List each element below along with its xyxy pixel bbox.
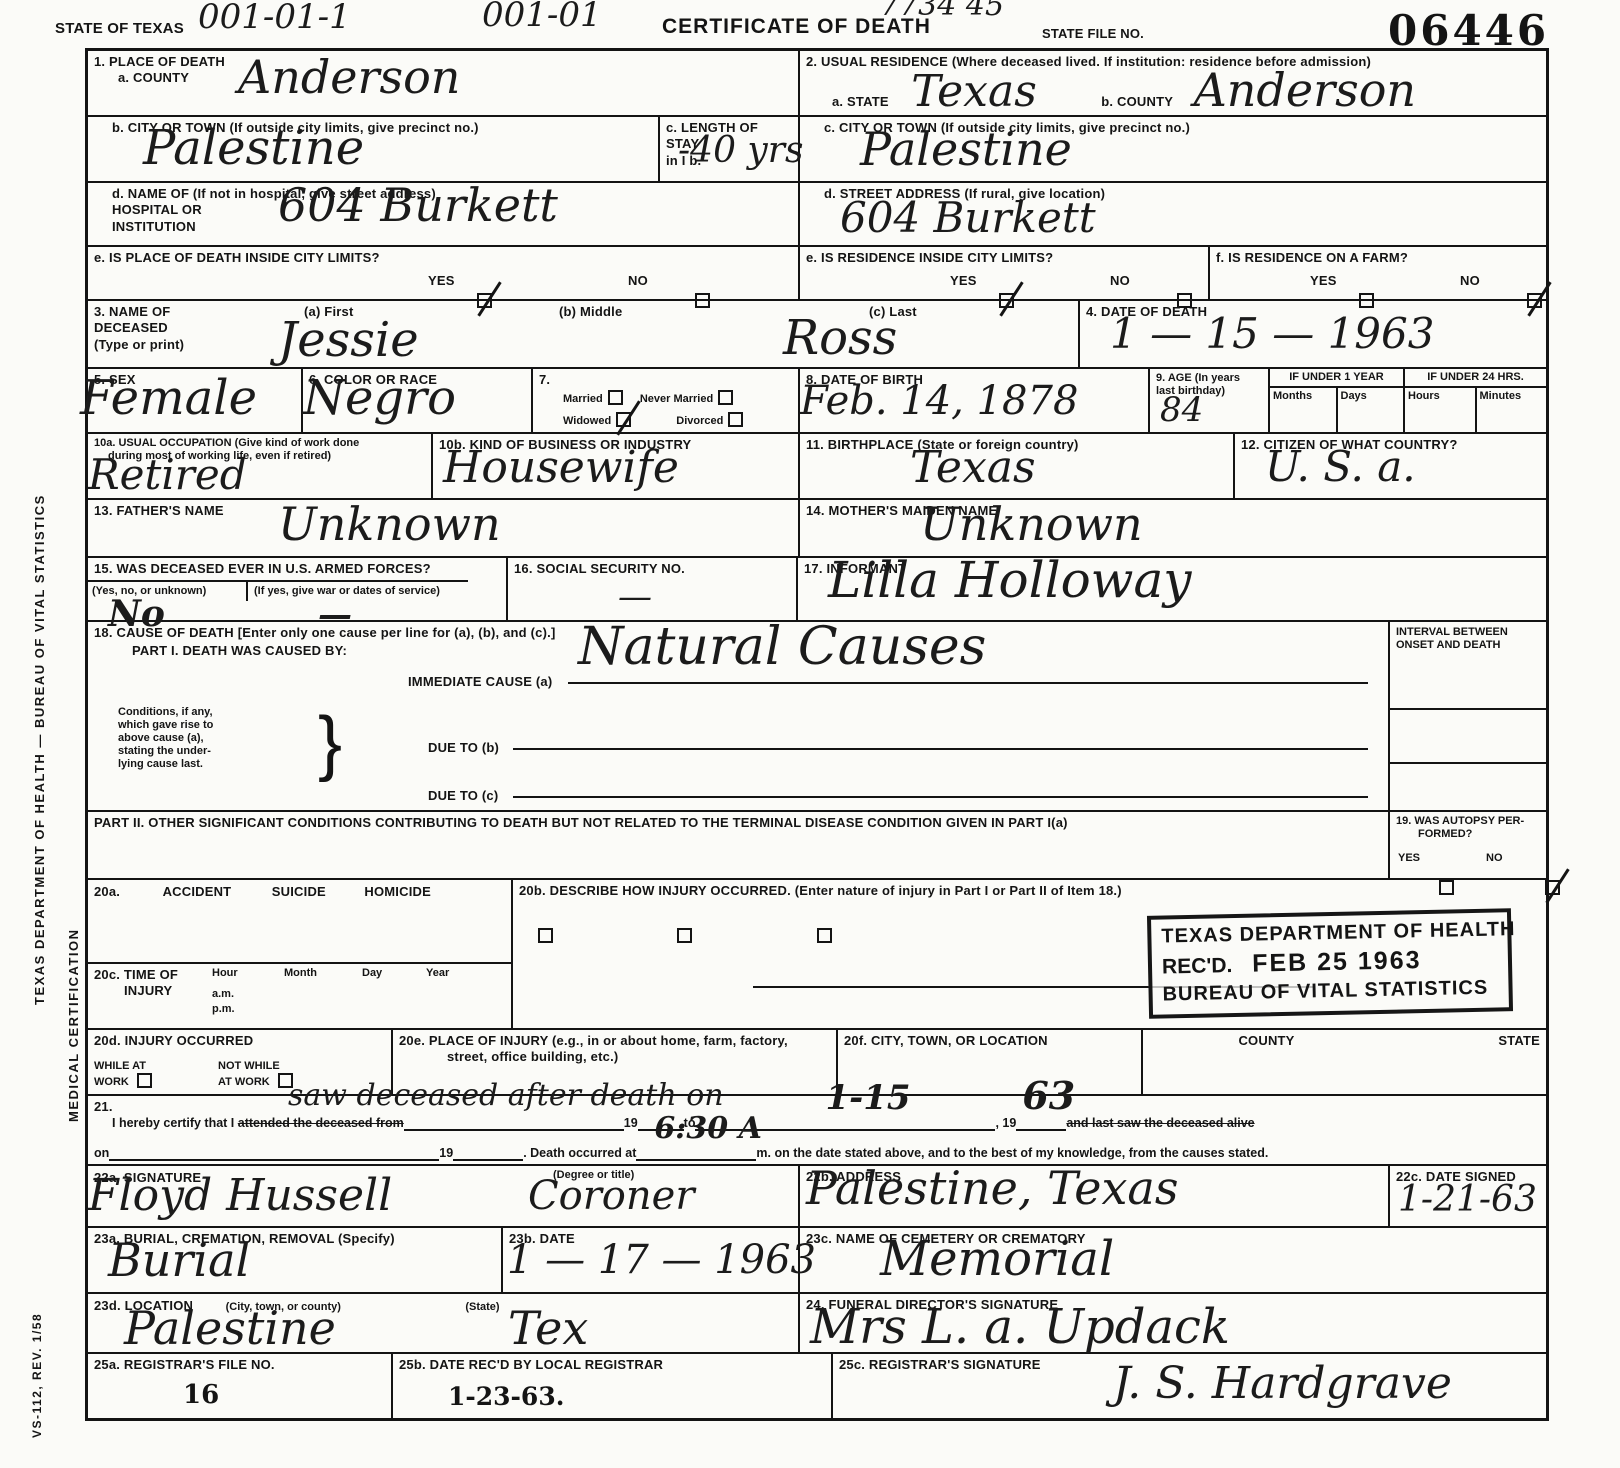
conditions-brace: } [318, 702, 342, 784]
registrar-date-value: 1-23-63. [448, 1382, 564, 1411]
accident-label: ACCIDENT [163, 884, 232, 899]
certify-year-handwriting: 63 [1022, 1079, 1075, 1113]
part2-label: PART II. OTHER SIGNIFICANT CONDITIONS CO… [94, 815, 1382, 831]
injury-city-label: 20f. CITY, TOWN, OR LOCATION [844, 1033, 1135, 1049]
field-place-of-death: 1. PLACE OF DEATH a. COUNTY Anderson [88, 51, 800, 115]
field-23d-location: 23d. LOCATION (City, town, or county) (S… [88, 1294, 800, 1352]
conditions-line-1: Conditions, if any, [118, 706, 248, 719]
res-limits-label: e. IS RESIDENCE INSIDE CITY LIMITS? [806, 250, 1202, 266]
field-if-under-24-hrs: IF UNDER 24 HRS. Hours Minutes [1405, 369, 1546, 432]
age-label-1: 9. AGE (In years [1156, 372, 1262, 385]
location-city-value: Palestine [124, 1308, 336, 1349]
pod-yes-label: YES [428, 273, 455, 289]
certify-handwriting: saw deceased after death on [288, 1082, 724, 1109]
pod-limits-label: e. IS PLACE OF DEATH INSIDE CITY LIMITS? [94, 250, 792, 266]
last-name-value: Ross [783, 317, 897, 360]
field-length-of-stay: c. LENGTH OF STAY in I b. -40 yrs [660, 117, 800, 181]
field-sex: 5. SEX Female [88, 369, 303, 432]
certify-19-a: 19 [624, 1116, 638, 1131]
certify-blank-6 [453, 1145, 523, 1161]
certify-19-b: 19 [439, 1146, 453, 1161]
residence-county-label: b. COUNTY [1101, 94, 1173, 109]
certify-blank-1 [404, 1115, 624, 1131]
due-to-b-label: DUE TO (b) [428, 740, 499, 756]
signature-value: Floyd Hussell [88, 1176, 392, 1216]
res-city-value: Palestine [860, 129, 1072, 170]
autopsy-label-1: 19. WAS AUTOPSY PER- [1396, 815, 1540, 828]
cemetery-value: Memorial [880, 1238, 1114, 1281]
res-no-label: NO [1110, 273, 1130, 289]
forces-value-2: — [318, 600, 352, 631]
time-label-1: 20c. TIME OF [94, 967, 212, 983]
received-stamp: TEXAS DEPARTMENT OF HEALTH REC'D. FEB 25… [1147, 908, 1513, 1019]
suicide-label: SUICIDE [272, 884, 326, 899]
marital-label: 7. [539, 372, 792, 388]
location-sub2: (State) [465, 1301, 499, 1313]
certify-text-1: I hereby certify that I [112, 1116, 234, 1131]
married-label: Married [563, 393, 603, 405]
months-label: Months [1270, 388, 1338, 432]
residence-county-value: Anderson [1194, 63, 1416, 117]
certify-death-at: Death occurred at [530, 1146, 636, 1161]
date-signed-value: 1-21-63 [1398, 1184, 1537, 1216]
field-22b-address: 22b. ADDRESS Palestine, Texas [800, 1166, 1390, 1226]
registrar-sig-value: J. S. Hardgrave [1113, 1364, 1452, 1404]
field-marital-status: 7. Married Never Married Widowed Divorce… [533, 369, 800, 432]
certificate-form: 1. PLACE OF DEATH a. COUNTY Anderson 2. … [85, 48, 1549, 1421]
not-while-label-2: AT WORK [218, 1076, 270, 1088]
field-mother-name: 14. MOTHER'S MAIDEN NAME Unknown [800, 500, 1546, 556]
field-interval: INTERVAL BETWEEN ONSET AND DEATH [1390, 622, 1546, 810]
checkbox-divorced [728, 412, 743, 427]
district-code-handwriting: 001-01-1 [198, 2, 351, 33]
field-occupation: 10a. USUAL OCCUPATION (Give kind of work… [88, 434, 433, 498]
occupation-label-1: 10a. USUAL OCCUPATION (Give kind of work… [94, 437, 425, 450]
name-label-1: 3. NAME OF [94, 304, 292, 320]
checkbox-while-at-work [137, 1073, 152, 1088]
name-label-2: DECEASED [94, 320, 292, 336]
field-23a-burial: 23a. BURIAL, CREMATION, REMOVAL (Specify… [88, 1228, 503, 1292]
field-usual-residence: 2. USUAL RESIDENCE (Where deceased lived… [800, 51, 1546, 115]
field-injury-county: COUNTY [1143, 1030, 1390, 1094]
interval-label-1: INTERVAL BETWEEN [1396, 626, 1540, 639]
certify-blank-5 [109, 1145, 439, 1161]
checkbox-widowed [616, 412, 631, 427]
sex-value: Female [80, 377, 257, 420]
homicide-label: HOMICIDE [364, 884, 431, 899]
autopsy-label-2: FORMED? [1418, 828, 1540, 841]
hours-label: Hours [1405, 388, 1477, 432]
street-value: 604 Burkett [840, 199, 1096, 237]
forces-label: 15. WAS DECEASED EVER IN U.S. ARMED FORC… [88, 558, 468, 582]
certify-text-3: m. on the date stated above, and to the … [756, 1146, 1268, 1161]
name-label-3: (Type or print) [94, 337, 292, 353]
field-20c-time-of-injury: 20c. TIME OF INJURY Hour a.m. p.m. Month… [88, 964, 511, 1028]
field-pod-city: b. CITY OR TOWN (If outside city limits,… [88, 117, 660, 181]
last-name-label: (c) Last [869, 304, 1072, 320]
field-last-name: (c) Last Ross [863, 301, 1080, 367]
birthplace-value: Texas [910, 448, 1036, 488]
label-20a: 20a. [94, 884, 120, 899]
under24-label: IF UNDER 24 HRS. [1405, 369, 1546, 388]
field-25b-date-recd: 25b. DATE REC'D BY LOCAL REGISTRAR 1-23-… [393, 1354, 833, 1418]
interval-divider-2 [1390, 762, 1546, 764]
field-23b-burial-date: 23b. DATE 1 — 17 — 1963 [503, 1228, 800, 1292]
sidebar-agency-text: TEXAS DEPARTMENT OF HEALTH — BUREAU OF V… [32, 494, 47, 1005]
field-cause-of-death: 18. CAUSE OF DEATH [Enter only one cause… [88, 622, 1390, 810]
field-22a-signature: 22a. SIGNATURE (Degree or title) Floyd H… [88, 1166, 800, 1226]
not-while-label-1: NOT WHILE [218, 1060, 280, 1072]
field-father-name: 13. FATHER'S NAME Unknown [88, 500, 800, 556]
ssn-label: 16. SOCIAL SECURITY NO. [514, 561, 790, 577]
days-label: Days [1338, 388, 1404, 432]
checkbox-autopsy-no [1545, 880, 1560, 895]
certify-comma-19: , 19 [995, 1116, 1016, 1131]
conditions-line-5: lying cause last. [118, 758, 248, 771]
injury-state-label: STATE [1396, 1033, 1540, 1049]
field-ssn: 16. SOCIAL SECURITY NO. — [508, 558, 798, 620]
industry-value: Housewife [443, 448, 679, 488]
age-value: 84 [1160, 395, 1203, 426]
due-to-c-line [513, 782, 1368, 798]
field-date-of-birth: 8. DATE OF BIRTH Feb. 14, 1878 [800, 369, 1150, 432]
due-to-b-line [513, 734, 1368, 750]
month-label: Month [284, 967, 362, 1017]
field-23c-cemetery: 23c. NAME OF CEMETERY OR CREMATORY Memor… [800, 1228, 1546, 1292]
first-name-value: Jessie [278, 319, 419, 362]
describe-injury-label: 20b. DESCRIBE HOW INJURY OCCURRED. (Ente… [519, 883, 1540, 899]
conditions-line-2: which gave rise to [118, 719, 248, 732]
year-label: Year [426, 967, 505, 1017]
degree-value: Coroner [528, 1178, 694, 1214]
injury-county-label: COUNTY [1149, 1033, 1384, 1049]
field-armed-forces: 15. WAS DECEASED EVER IN U.S. ARMED FORC… [88, 558, 508, 620]
field-res-city-limits: e. IS RESIDENCE INSIDE CITY LIMITS? YES … [800, 247, 1210, 299]
stamp-line3: BUREAU OF VITAL STATISTICS [1162, 976, 1498, 1006]
field-citizen: 12. CITIZEN OF WHAT COUNTRY? U. S. a. [1235, 434, 1546, 498]
top-handwritten-numbers: 7734 45 [880, 0, 1004, 19]
due-to-c-label: DUE TO (c) [428, 788, 498, 804]
while-at-work-label-2: WORK [94, 1076, 129, 1088]
field-24-funeral-director: 24. FUNERAL DIRECTOR'S SIGNATURE Mrs L. … [800, 1294, 1546, 1352]
conditions-line-3: above cause (a), [118, 732, 248, 745]
stay-value: -40 yrs [678, 135, 803, 167]
field-certification: 21. saw deceased after death on I hereby… [88, 1096, 1546, 1164]
pm-label: p.m. [212, 1003, 284, 1016]
certify-date-handwriting: 1-15 [825, 1083, 910, 1114]
field-25a-file-no: 25a. REGISTRAR'S FILE NO. 16 [88, 1354, 393, 1418]
field-date-of-death: 4. DATE OF DEATH 1 — 15 — 1963 [1080, 301, 1546, 367]
burial-date-value: 1 — 17 — 1963 [507, 1242, 816, 1278]
field-pod-city-limits: e. IS PLACE OF DEATH INSIDE CITY LIMITS?… [88, 247, 800, 299]
medical-certification-text: MEDICAL CERTIFICATION [66, 928, 81, 1122]
location-state-value: Tex [508, 1308, 588, 1349]
field-res-city: c. CITY OR TOWN (If outside city limits,… [800, 117, 1546, 181]
autopsy-no-label: NO [1486, 852, 1503, 865]
pod-no-label: NO [628, 273, 648, 289]
field-age: 9. AGE (In years last birthday) 84 [1150, 369, 1270, 432]
stamp-line1: TEXAS DEPARTMENT OF HEALTH [1161, 918, 1497, 948]
field-25c-registrar-signature: 25c. REGISTRAR'S SIGNATURE J. S. Hardgra… [833, 1354, 1546, 1418]
state-file-no-label: STATE FILE NO. [1042, 26, 1144, 42]
field-if-under-1-year: IF UNDER 1 YEAR Months Days [1270, 369, 1405, 432]
residence-state-value: Texas [911, 66, 1037, 117]
interval-label-2: ONSET AND DEATH [1396, 639, 1540, 652]
field-first-name: (a) First Jessie [298, 301, 553, 367]
dod-value: 1 — 15 — 1963 [1110, 315, 1434, 353]
widowed-label: Widowed [563, 415, 611, 427]
farm-no-label: NO [1460, 273, 1480, 289]
hospital-value: 604 Burkett [278, 185, 558, 226]
field-name-of-deceased: 3. NAME OF DECEASED (Type or print) [88, 301, 298, 367]
mother-label: 14. MOTHER'S MAIDEN NAME [806, 503, 1540, 519]
forces-value: No [108, 598, 165, 630]
field-race: 6. COLOR OR RACE Negro [303, 369, 533, 432]
form-number-text: VS-112, REV. 1/58 [30, 1313, 44, 1438]
field-birthplace: 11. BIRTHPLACE (State or foreign country… [800, 434, 1235, 498]
checkbox-never-married [718, 390, 733, 405]
res-yes-label: YES [950, 273, 977, 289]
death-certificate-scan: TEXAS DEPARTMENT OF HEALTH — BUREAU OF V… [0, 0, 1620, 1468]
farm-label: f. IS RESIDENCE ON A FARM? [1216, 250, 1540, 266]
field-res-farm: f. IS RESIDENCE ON A FARM? YES NO [1210, 247, 1546, 299]
never-married-label: Never Married [640, 393, 713, 405]
divorced-label: Divorced [676, 415, 723, 427]
field-part2: PART II. OTHER SIGNIFICANT CONDITIONS CO… [88, 812, 1390, 878]
address-value: Palestine, Texas [806, 1168, 1178, 1209]
stamp-date: FEB 25 1963 [1252, 946, 1422, 978]
minutes-label: Minutes [1477, 388, 1547, 432]
mother-value: Unknown [920, 504, 1143, 545]
citizen-value: U. S. a. [1265, 448, 1416, 486]
while-at-work-label-1: WHILE AT [94, 1060, 146, 1072]
certify-blank-4: 63 [1016, 1115, 1066, 1131]
place-of-injury-label-2: street, office building, etc.) [447, 1049, 830, 1065]
under1-label: IF UNDER 1 YEAR [1270, 369, 1403, 388]
funeral-director-value: Mrs L. a. Updack [810, 1306, 1230, 1349]
certify-blank-7: 6:30 A [636, 1145, 756, 1161]
field-hospital: d. NAME OF (If not in hospital, give str… [88, 183, 800, 245]
hour-label: Hour [212, 967, 284, 980]
field-street-address: d. STREET ADDRESS (If rural, give locati… [800, 183, 1546, 245]
field-20a-manner: 20a. ACCIDENT SUICIDE HOMICIDE [88, 880, 511, 964]
race-value: Negro [303, 377, 456, 420]
interval-divider-1 [1390, 708, 1546, 710]
immediate-cause-label: IMMEDIATE CAUSE (a) [408, 674, 552, 690]
registrar-file-label: 25a. REGISTRAR'S FILE NO. [94, 1357, 385, 1373]
field-autopsy: 19. WAS AUTOPSY PER- FORMED? YES NO [1390, 812, 1546, 878]
informant-value: Lilla Holloway [828, 558, 1192, 603]
certify-struck-1: attended the deceased from [238, 1116, 404, 1131]
field-informant: 17. INFORMANT Lilla Holloway [798, 558, 1546, 620]
ssn-value: — [618, 582, 652, 613]
conditions-line-4: stating the under- [118, 745, 248, 758]
time-label-2: INJURY [124, 983, 212, 999]
registrar-file-value: 16 [183, 1380, 219, 1410]
pod-city-value: Palestine [143, 127, 364, 170]
farm-yes-label: YES [1310, 273, 1337, 289]
field-injury-state: STATE [1390, 1030, 1546, 1094]
stamp-recd-label: REC'D. [1162, 954, 1233, 978]
county-value: Anderson [238, 57, 460, 98]
occupation-value: Retired [88, 456, 247, 494]
day-label: Day [362, 967, 426, 1017]
checkbox-married [608, 390, 623, 405]
autopsy-yes-label: YES [1398, 852, 1420, 865]
registrar-date-label: 25b. DATE REC'D BY LOCAL REGISTRAR [399, 1357, 825, 1373]
dob-value: Feb. 14, 1878 [800, 383, 1078, 419]
am-label: a.m. [212, 988, 284, 1001]
certify-time-handwriting: 6:30 A [654, 1115, 761, 1142]
burial-type-value: Burial [108, 1240, 250, 1281]
occurred-label: 20d. INJURY OCCURRED [94, 1033, 385, 1049]
field-22c-date-signed: 22c. DATE SIGNED 1-21-63 [1390, 1166, 1546, 1226]
certify-struck-2: and last saw the deceased alive [1066, 1116, 1254, 1131]
state-of-texas-label: STATE OF TEXAS [55, 20, 184, 39]
field-industry: 10b. KIND OF BUSINESS OR INDUSTRY Housew… [433, 434, 800, 498]
precinct-code-handwriting: 001-01 [482, 0, 602, 31]
certify-on: on [94, 1146, 109, 1161]
father-value: Unknown [278, 504, 501, 545]
residence-state-label: a. STATE [832, 94, 889, 109]
immediate-cause-value: Natural Causes [578, 624, 986, 671]
place-of-injury-label-1: 20e. PLACE OF INJURY (e.g., in or about … [399, 1033, 830, 1049]
